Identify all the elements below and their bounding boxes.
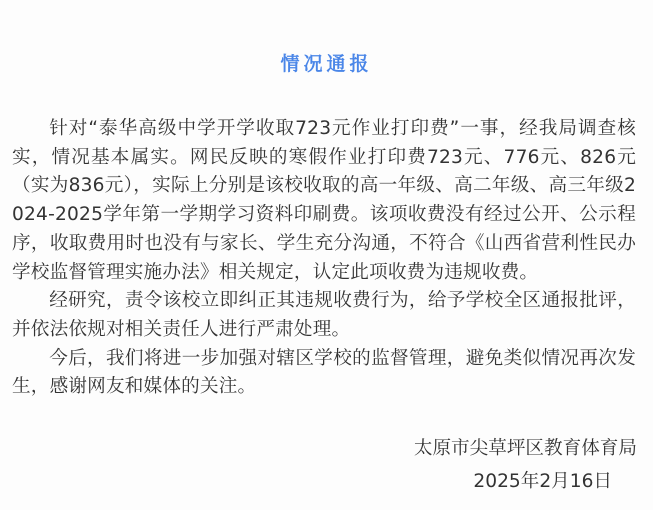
notice-body: 针对“泰华高级中学开学收取723元作业打印费”一事，经我局调查核实，情况基本属实… — [12, 115, 636, 402]
paragraph-findings: 针对“泰华高级中学开学收取723元作业打印费”一事，经我局调查核实，情况基本属实… — [12, 115, 636, 287]
signature-organization: 太原市尖草坪区教育体育局 — [0, 435, 637, 463]
notice-title: 情况通报 — [0, 50, 653, 78]
paragraph-closing: 今后，我们将进一步加强对辖区学校的监督管理，避免类似情况再次发生，感谢网友和媒体… — [12, 345, 636, 402]
paragraph-penalty: 经研究，责令该校立即纠正其违规收费行为，给予学校全区通报批评，并依法依规对相关责… — [12, 287, 636, 344]
signature-date: 2025年2月16日 — [0, 468, 612, 496]
